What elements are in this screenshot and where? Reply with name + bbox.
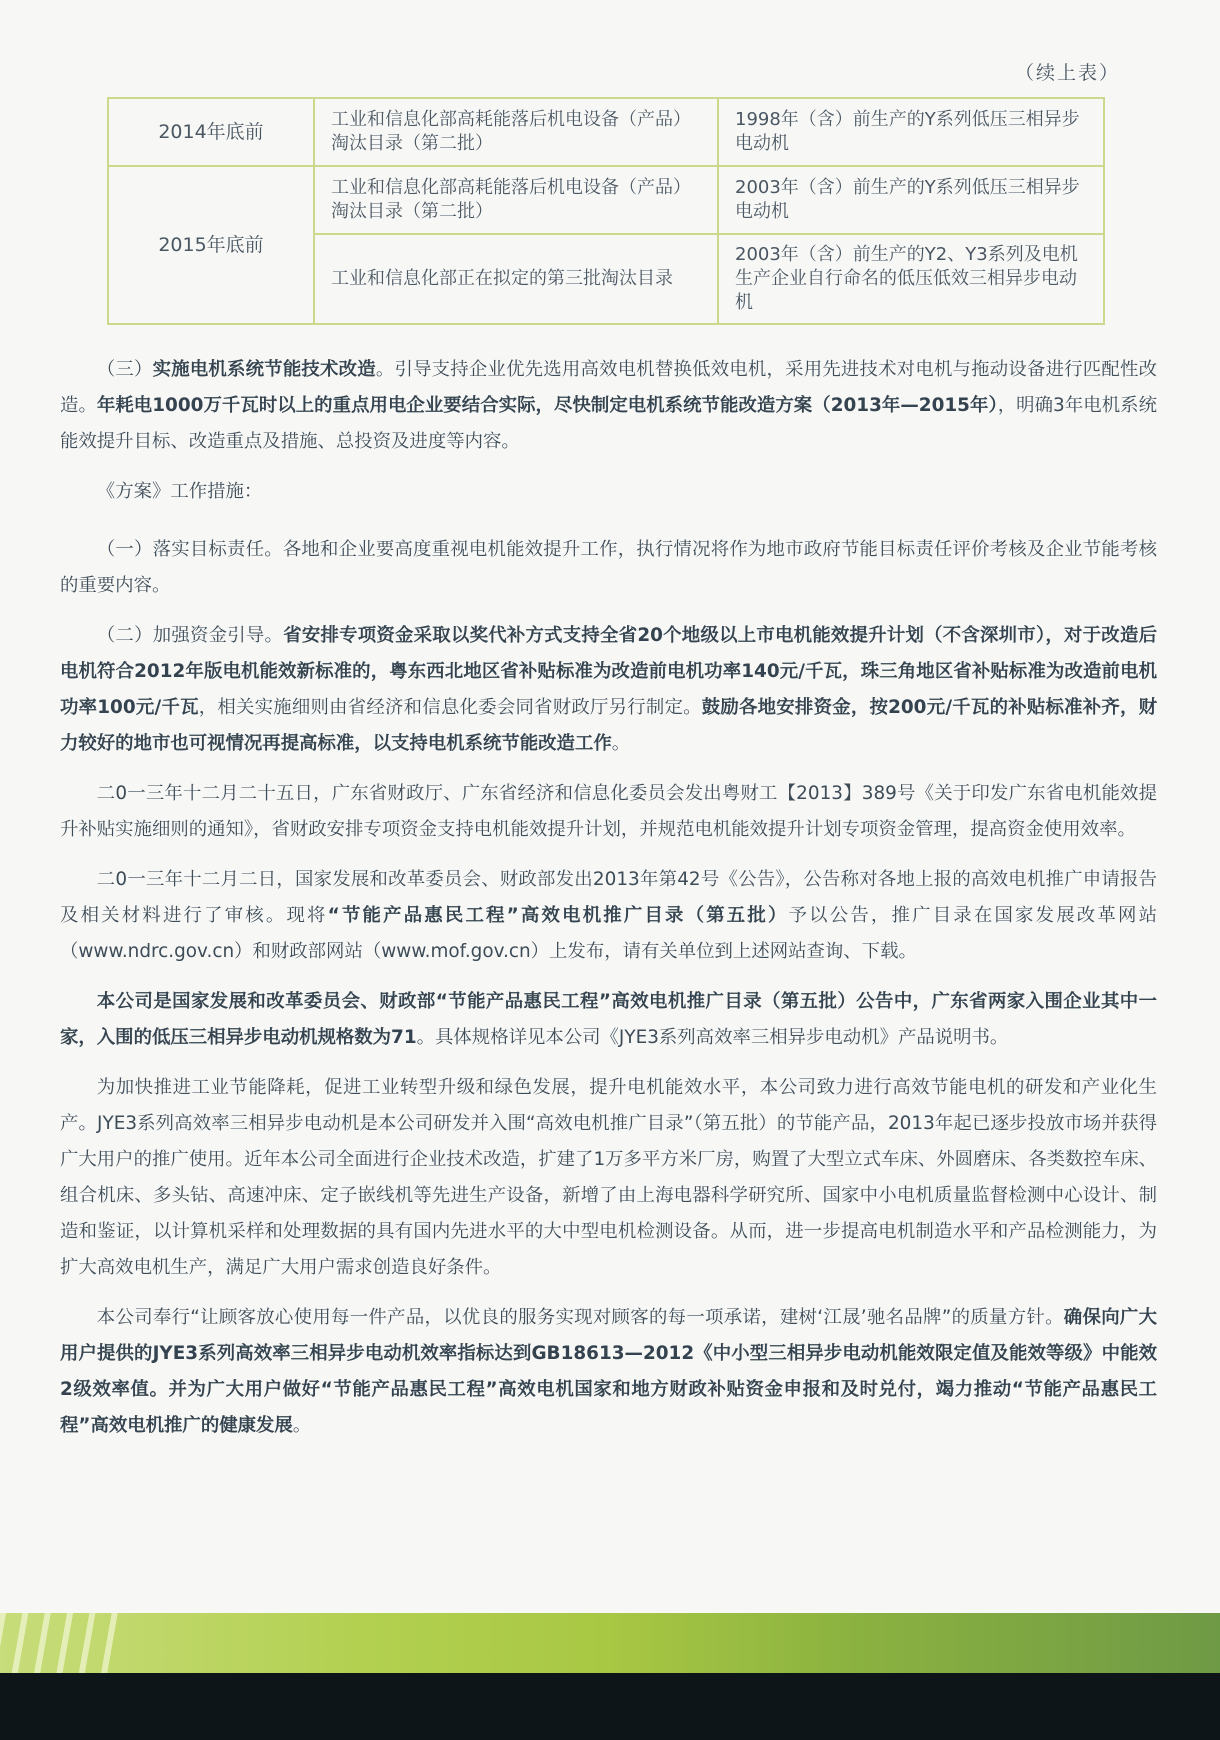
paragraph-measures-heading: 《方案》工作措施： [60, 474, 1157, 510]
paragraph-provincial-notice: 二0一三年十二月二十五日，广东省财政厅、广东省经济和信息化委员会发出粤财工【20… [60, 776, 1157, 848]
table-continued-label: （续上表） [1015, 58, 1120, 85]
paragraph-quality-policy: 本公司奉行“让顾客放心使用每一件产品，以优良的服务实现对顾客的每一项承诺，建树‘… [60, 1300, 1157, 1444]
paragraph-company-listing: 本公司是国家发展和改革委员会、财政部“节能产品惠民工程”高效电机推广目录（第五批… [60, 984, 1157, 1056]
decorative-dark-footer-band [0, 1673, 1220, 1740]
catalog-cell: 工业和信息化部高耗能落后机电设备（产品）淘汰目录（第二批） [314, 166, 718, 234]
catalog-cell: 工业和信息化部高耗能落后机电设备（产品）淘汰目录（第二批） [314, 98, 718, 166]
motor-phaseout-table: 2014年底前 工业和信息化部高耗能落后机电设备（产品）淘汰目录（第二批） 19… [107, 97, 1105, 325]
table-row: 2014年底前 工业和信息化部高耗能落后机电设备（产品）淘汰目录（第二批） 19… [108, 98, 1104, 166]
decorative-green-band [0, 1613, 1220, 1673]
paragraph-company-development: 为加快推进工业节能降耗，促进工业转型升级和绿色发展，提升电机能效水平，本公司致力… [60, 1070, 1157, 1286]
scope-cell: 2003年（含）前生产的Y2、Y3系列及电机生产企业自行命名的低压低效三相异步电… [718, 234, 1104, 324]
paragraph-motor-retrofit: （三）实施电机系统节能技术改造。引导支持企业优先选用高效电机替换低效电机，采用先… [60, 352, 1157, 460]
table-row: 2015年底前 工业和信息化部高耗能落后机电设备（产品）淘汰目录（第二批） 20… [108, 166, 1104, 234]
deadline-cell: 2015年底前 [108, 166, 314, 324]
deadline-cell: 2014年底前 [108, 98, 314, 166]
paragraph-national-announcement: 二0一三年十二月二日，国家发展和改革委员会、财政部发出2013年第42号《公告》… [60, 862, 1157, 970]
paragraph-funding: （二）加强资金引导。省安排专项资金采取以奖代补方式支持全省20个地级以上市电机能… [60, 618, 1157, 762]
document-body: （三）实施电机系统节能技术改造。引导支持企业优先选用高效电机替换低效电机，采用先… [60, 352, 1157, 1458]
scope-cell: 1998年（含）前生产的Y系列低压三相异步电动机 [718, 98, 1104, 166]
scope-cell: 2003年（含）前生产的Y系列低压三相异步电动机 [718, 166, 1104, 234]
paragraph-responsibility: （一）落实目标责任。各地和企业要高度重视电机能效提升工作，执行情况将作为地市政府… [60, 532, 1157, 604]
catalog-cell: 工业和信息化部正在拟定的第三批淘汰目录 [314, 234, 718, 324]
